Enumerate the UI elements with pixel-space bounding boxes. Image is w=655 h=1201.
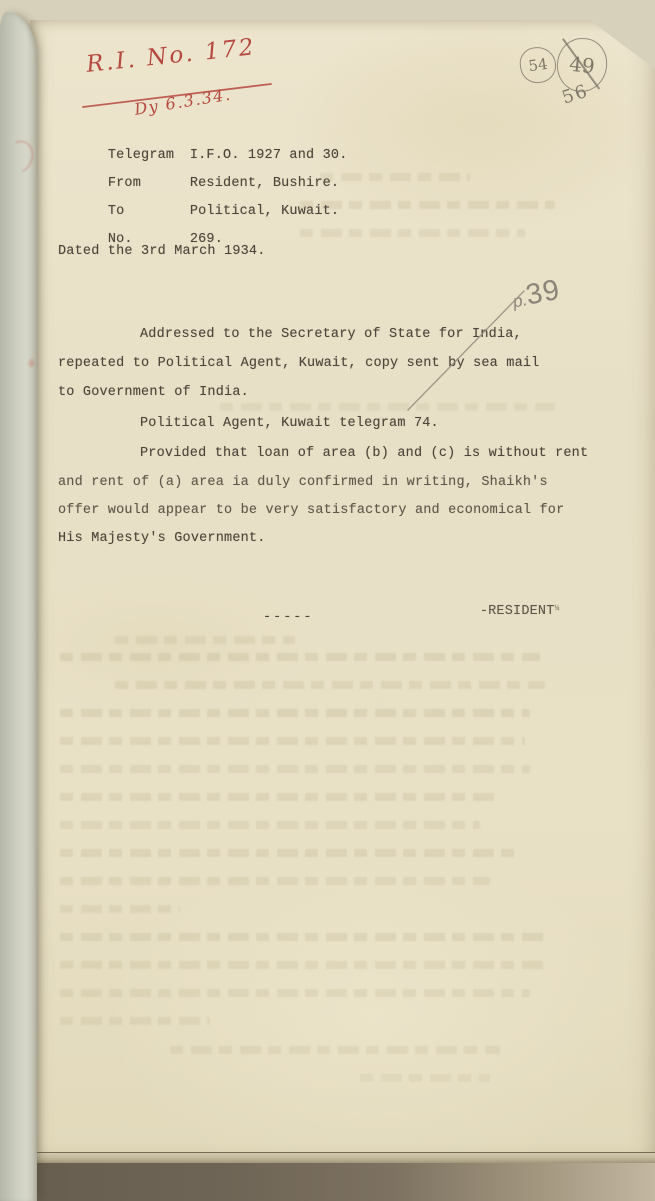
header-row-telegram: TelegramI.F.O. 1927 and 30. xyxy=(58,132,348,148)
ink-bleed-mark xyxy=(0,136,39,178)
bleed-through-line xyxy=(60,961,550,969)
bleed-through-line xyxy=(60,905,180,913)
body-line: Provided that loan of area (b) and (c) i… xyxy=(140,446,588,462)
bleed-through-line xyxy=(60,709,530,717)
bleed-through-line xyxy=(170,1046,500,1054)
bleed-through-line xyxy=(320,173,470,181)
body-line: and rent of (a) area ia duly confirmed i… xyxy=(58,475,548,491)
body-line: offer would appear to be very satisfacto… xyxy=(58,503,564,519)
body-line: Addressed to the Secretary of State for … xyxy=(140,327,522,343)
bleed-through-line xyxy=(60,849,515,857)
bleed-through-line xyxy=(300,229,525,237)
bleed-through-line xyxy=(60,877,490,885)
body-line: Political Agent, Kuwait telegram 74. xyxy=(140,416,439,432)
folio-circle-54: 54 xyxy=(518,45,559,86)
header-row-from: FromResident, Bushire. xyxy=(58,160,339,176)
page-ref-pencil: p.39 xyxy=(509,274,563,316)
folio-number-54: 54 xyxy=(527,55,548,75)
signature-mark: ¼ xyxy=(555,604,560,613)
registry-number-red: R.I. No. 172 xyxy=(85,34,257,78)
folio-number-49: 49 xyxy=(568,52,596,79)
prev-page-edge xyxy=(0,12,37,1201)
bleed-through-line xyxy=(115,636,295,644)
bottom-shadow xyxy=(0,1163,655,1201)
scanned-document: R.I. No. 172 Dy 6.3.34. 54 49 56 p.39 Te… xyxy=(0,0,655,1201)
bleed-through-line xyxy=(60,1017,210,1025)
header-row-no: No.269. xyxy=(58,216,223,232)
signature-line: -RESIDENT¼ xyxy=(430,585,560,601)
dated-line: Dated the 3rd March 1934. xyxy=(58,244,266,260)
pencil-slash-line xyxy=(408,291,524,410)
body-line: His Majesty's Government. xyxy=(58,531,266,547)
bleed-through-line xyxy=(60,989,530,997)
body-line: repeated to Political Agent, Kuwait, cop… xyxy=(58,356,539,372)
bleed-through-line xyxy=(115,681,545,689)
signature-text: -RESIDENT xyxy=(480,604,555,619)
page-scan: R.I. No. 172 Dy 6.3.34. 54 49 56 p.39 Te… xyxy=(30,20,655,1155)
bleed-through-line xyxy=(60,821,480,829)
page-ref-number: 39 xyxy=(523,274,563,312)
bleed-through-line xyxy=(60,765,530,773)
bleed-through-line xyxy=(220,403,555,411)
ink-bleed-mark xyxy=(27,357,36,369)
registry-number-text: R.I. No. 172 xyxy=(85,34,257,78)
body-line: to Government of India. xyxy=(58,385,249,401)
registry-date-red: Dy 6.3.34. xyxy=(133,85,233,119)
bleed-through-line xyxy=(60,793,500,801)
bleed-through-line xyxy=(60,933,545,941)
bleed-through-line xyxy=(360,1074,490,1082)
bleed-through-line xyxy=(60,653,540,661)
header-row-to: ToPolitical, Kuwait. xyxy=(58,188,339,204)
bleed-through-line xyxy=(60,737,525,745)
divider-dashes: ----- xyxy=(263,610,314,626)
